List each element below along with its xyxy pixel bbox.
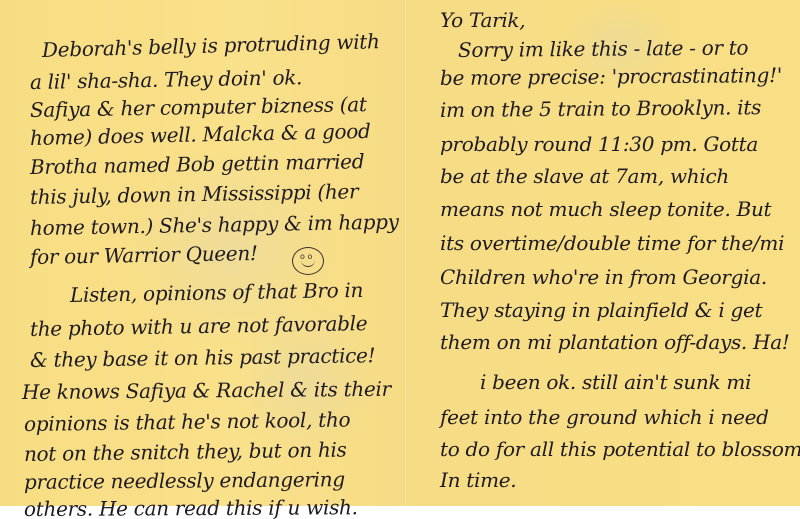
right-line-8: its overtime/double time for the/mi — [440, 231, 784, 255]
right-line-9: Children who're in from Georgia. — [440, 265, 767, 289]
right-line-15: In time. — [440, 468, 516, 492]
left-line-8: for our Warrior Queen! — [30, 241, 258, 269]
right-line-12: i been ok. still ain't sunk mi — [480, 370, 751, 394]
right-line-11: them on mi plantation off-days. Ha! — [440, 330, 790, 354]
left-line-14: not on the snitch they, but on his — [24, 437, 347, 466]
left-line-4: home) does well. Malcka & a good — [30, 119, 371, 150]
left-line-5: Brotha named Bob gettin married — [30, 149, 365, 179]
left-line-16: others. He can read this if u wish. — [24, 495, 358, 519]
page-fold — [404, 0, 407, 506]
right-line-1: Yo Tarik, — [440, 8, 525, 32]
right-line-7: means not much sleep tonite. But — [440, 197, 771, 221]
left-line-11: & they base it on his past practice! — [30, 343, 376, 372]
right-line-10: They staying in plainfield & i get — [440, 298, 762, 322]
left-line-7: home town.) She's happy & im happy — [30, 210, 399, 240]
right-line-4: im on the 5 train to Brooklyn. its — [440, 95, 761, 122]
left-page: Deborah's belly is protruding with a lil… — [30, 0, 400, 506]
left-line-12: He knows Safiya & Rachel & its their — [22, 377, 391, 404]
right-line-3: be more precise: 'procrastinating!' — [440, 63, 782, 90]
left-line-15: practice needlessly endangering — [24, 467, 345, 494]
left-line-10: the photo with u are not favorable — [30, 311, 368, 341]
smiley-mouth — [301, 260, 315, 267]
left-line-6: this july, down in Mississippi (her — [30, 179, 359, 209]
left-line-1: Deborah's belly is protruding with — [42, 29, 380, 62]
left-line-13: opinions is that he's not kool, tho — [24, 407, 351, 436]
right-page: Yo Tarik, Sorry im like this - late - or… — [440, 0, 790, 506]
right-line-5: probably round 11:30 pm. Gotta — [440, 132, 758, 156]
smiley-face-drawing: o o — [292, 247, 324, 275]
right-line-6: be at the slave at 7am, which — [440, 164, 729, 188]
left-line-3: Safiya & her computer bizness (at — [30, 92, 367, 122]
right-line-2: Sorry im like this - late - or to — [458, 35, 748, 62]
left-line-9: Listen, opinions of that Bro in — [70, 278, 364, 307]
right-line-13: feet into the ground which i need — [440, 405, 769, 429]
left-line-2: a lil' sha-sha. They doin' ok. — [30, 65, 303, 94]
right-line-14: to do for all this potential to blossom. — [440, 437, 800, 461]
letter-paper: Deborah's belly is protruding with a lil… — [0, 0, 800, 506]
